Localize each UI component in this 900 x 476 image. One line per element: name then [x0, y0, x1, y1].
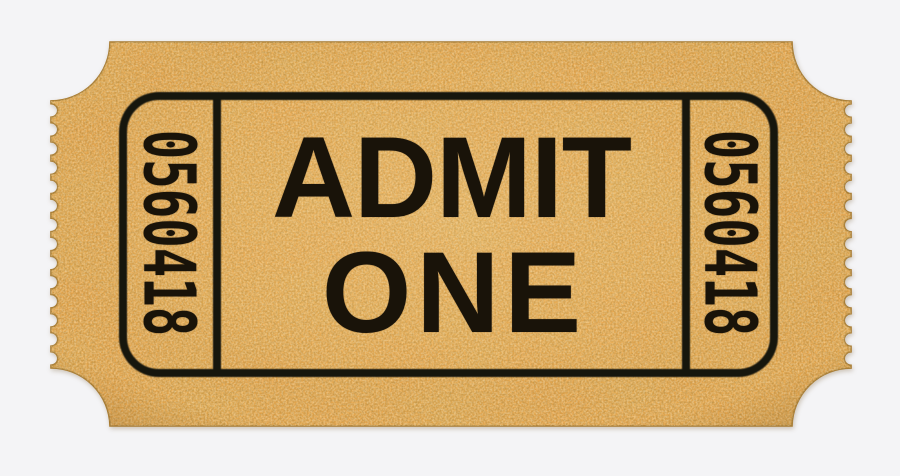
admit-text: ADMIT	[221, 121, 682, 236]
ticket-scene: 0560418 0560418 ADMIT ONE	[0, 0, 900, 476]
serial-number-right: 0560418	[693, 128, 766, 338]
serial-number-left: 0560418	[132, 128, 205, 338]
one-text: ONE	[221, 236, 682, 351]
